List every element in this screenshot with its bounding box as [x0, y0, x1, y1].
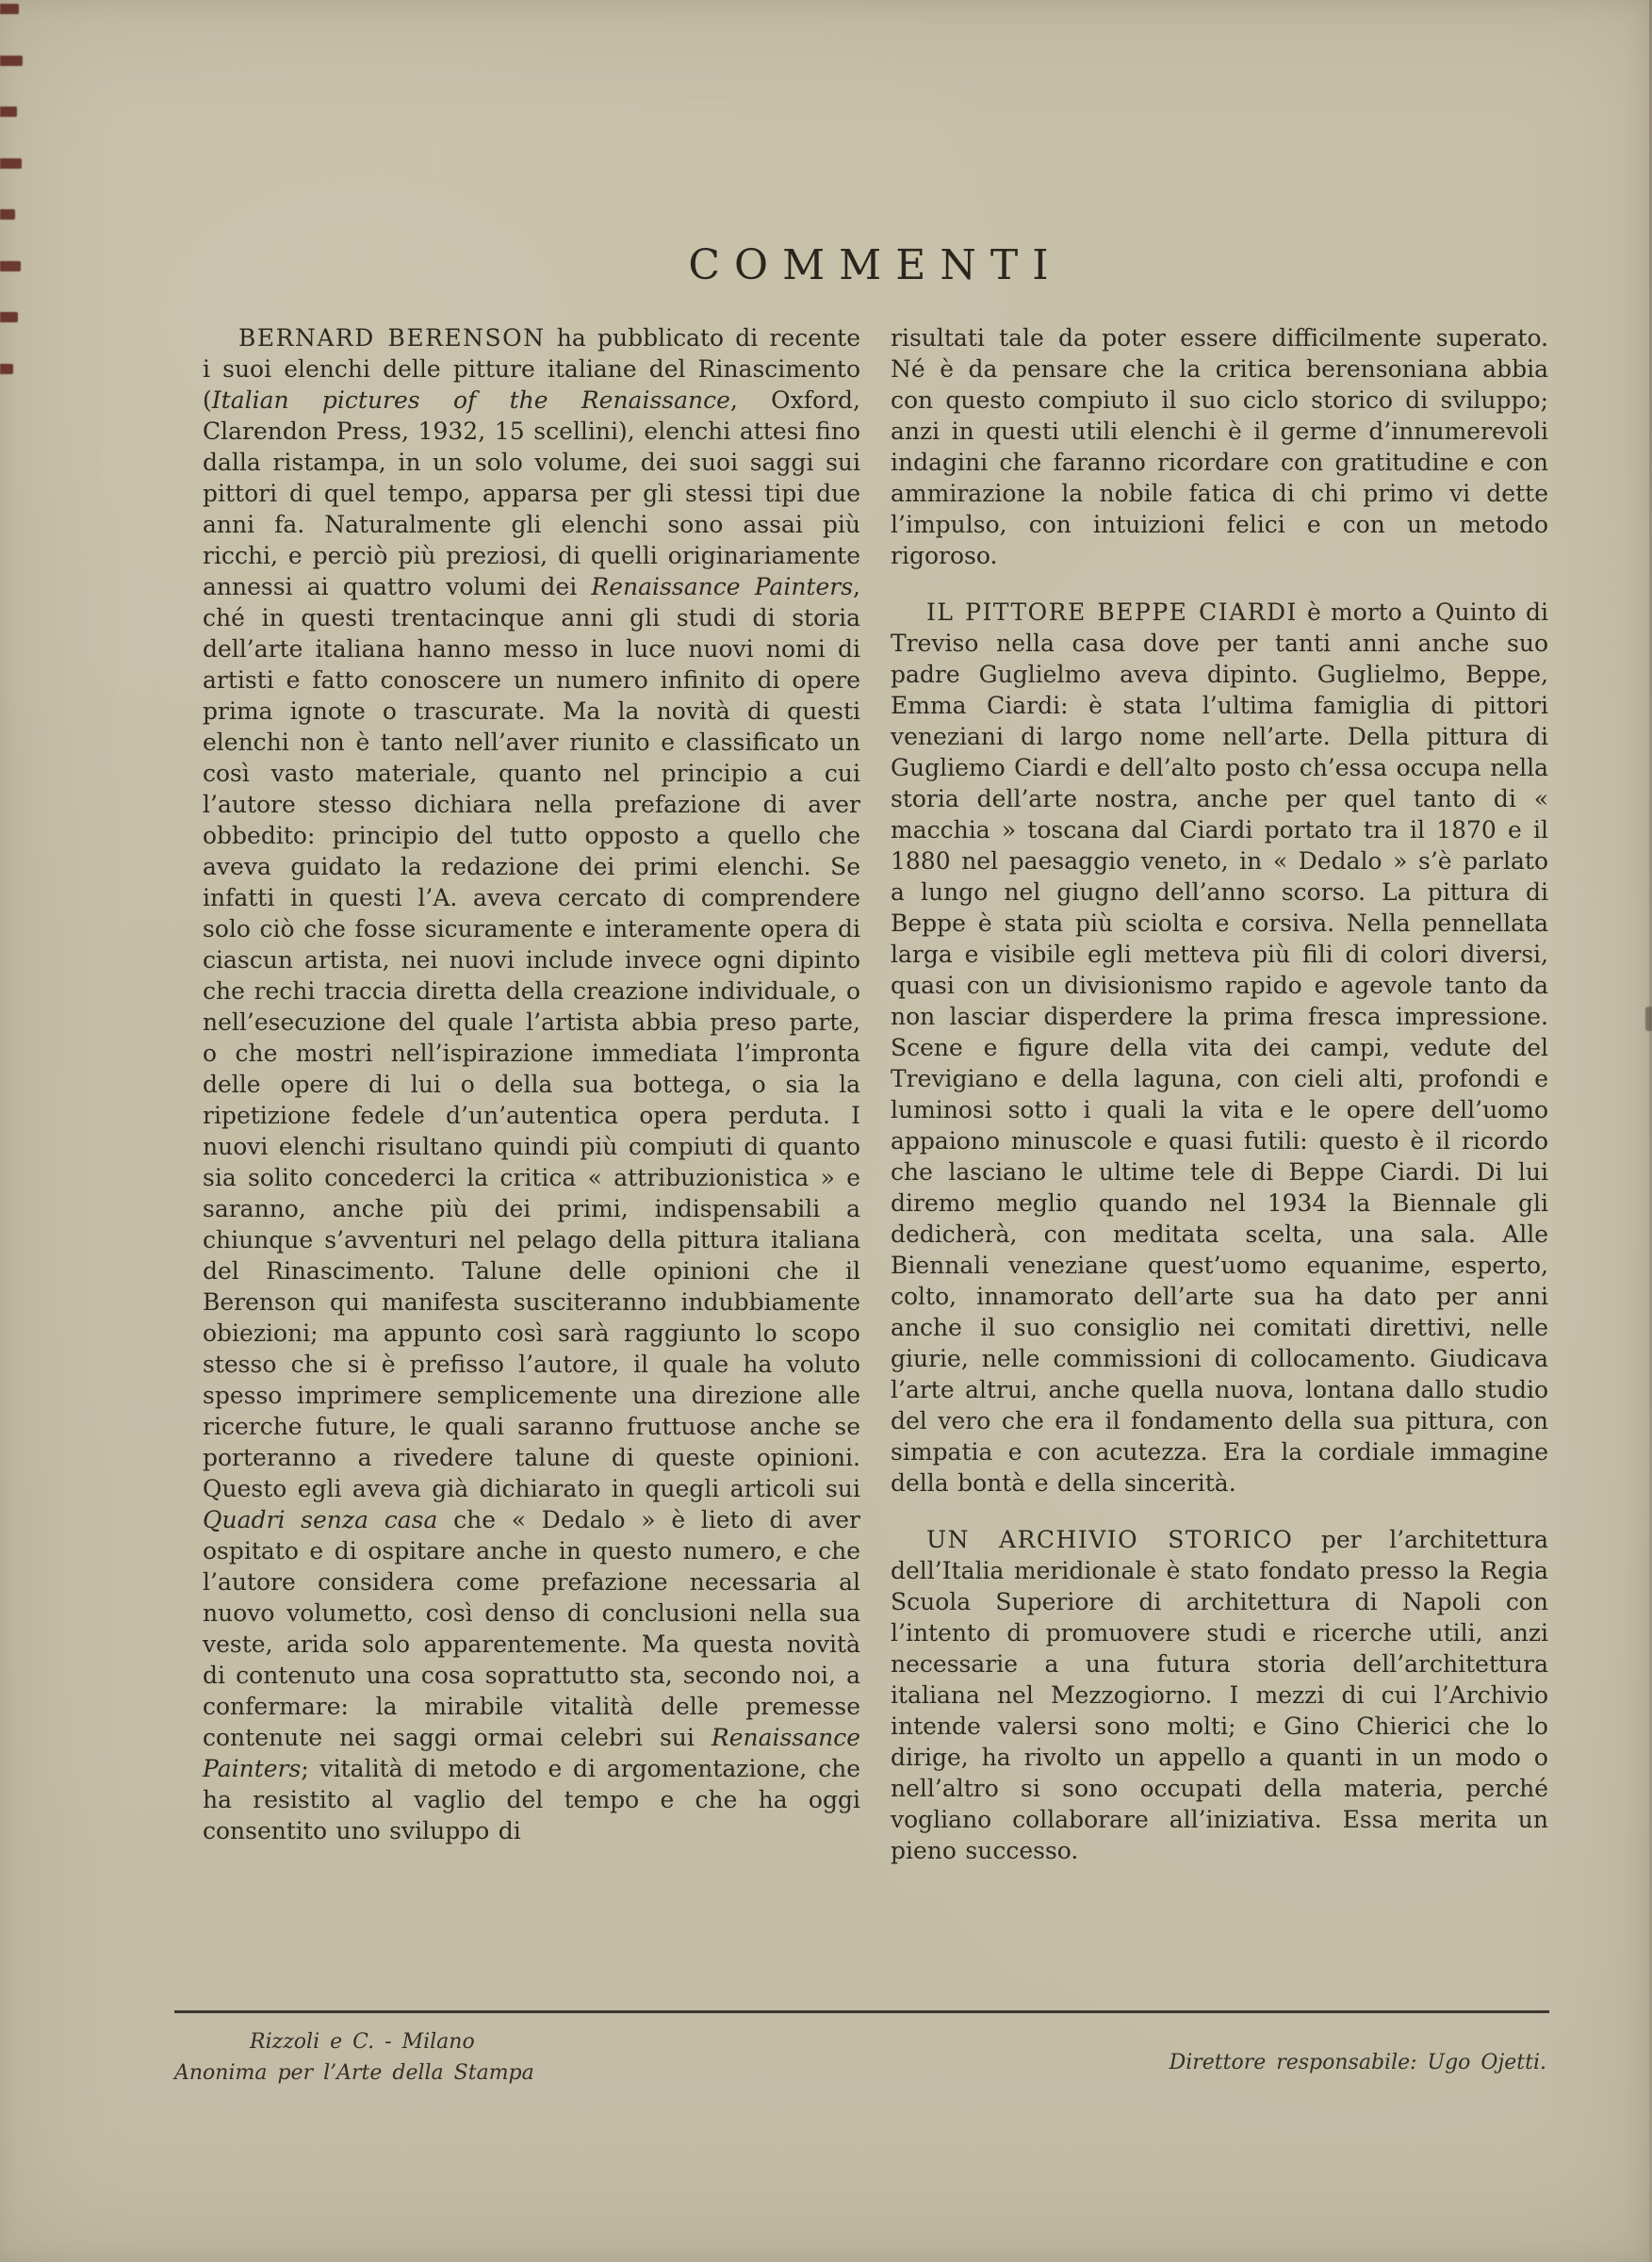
left-edge-red-mark [0, 261, 21, 271]
responsible-director-line: Direttore responsabile: Ugo Ojetti. [1169, 2051, 1546, 2074]
paragraph: risultati tale da poter essere difficilm… [891, 322, 1548, 571]
left-edge-red-mark [0, 312, 18, 322]
text-run: risultati tale da poter essere difficilm… [891, 324, 1548, 569]
publisher-imprint: Rizzoli e C. - Milano Anonima per l’Arte… [174, 2026, 534, 2089]
text-run: è morto a Quinto di Treviso nella casa d… [891, 598, 1548, 1497]
text-run: , ché in questi trentacinque anni gli st… [203, 573, 860, 1502]
left-edge-red-mark [0, 209, 15, 220]
text-columns: BERNARD BERENSON ha pubblicato di recent… [203, 322, 1548, 1866]
left-edge-red-mark [0, 158, 22, 169]
text-run: UN ARCHIVIO STORICO [926, 1526, 1293, 1553]
page-title: COMMENTI [203, 241, 1548, 289]
text-run: Quadri senza casa [203, 1506, 437, 1533]
paragraph: IL PITTORE BEPPE CIARDI è morto a Quinto… [891, 597, 1548, 1499]
paragraph: UN ARCHIVIO STORICO per l’architettura d… [891, 1524, 1548, 1866]
scanned-journal-page: { "page": { "title": "COMMENTI" }, "colo… [0, 0, 1652, 2262]
text-run: che « Dedalo » è lieto di aver ospitato … [203, 1506, 860, 1751]
left-edge-red-mark [0, 364, 13, 374]
text-run: , Oxford, Clarendon Press, 1932, 15 scel… [203, 386, 860, 600]
right-edge-scan-speck [1645, 1007, 1652, 1031]
text-run: Italian pictures of the Renaissance [212, 386, 730, 414]
text-run: IL PITTORE BEPPE CIARDI [926, 598, 1298, 626]
text-run: Renaissance Painters [591, 573, 853, 600]
printer-line: Anonima per l’Arte della Stampa [174, 2057, 534, 2089]
publisher-line: Rizzoli e C. - Milano [174, 2026, 534, 2057]
column-right: risultati tale da poter essere difficilm… [891, 322, 1548, 1866]
text-run: per l’architettura dell’Italia meridiona… [891, 1526, 1548, 1864]
left-edge-red-mark [0, 56, 23, 66]
left-edge-red-mark [0, 107, 17, 117]
text-run: ; vitalità di metodo e di argomentazione… [203, 1755, 860, 1844]
left-edge-red-mark [0, 4, 19, 14]
text-run: BERNARD BERENSON [238, 324, 546, 352]
paragraph: BERNARD BERENSON ha pubblicato di recent… [203, 322, 860, 1846]
footer-divider [174, 2010, 1549, 2013]
column-left: BERNARD BERENSON ha pubblicato di recent… [203, 322, 860, 1866]
